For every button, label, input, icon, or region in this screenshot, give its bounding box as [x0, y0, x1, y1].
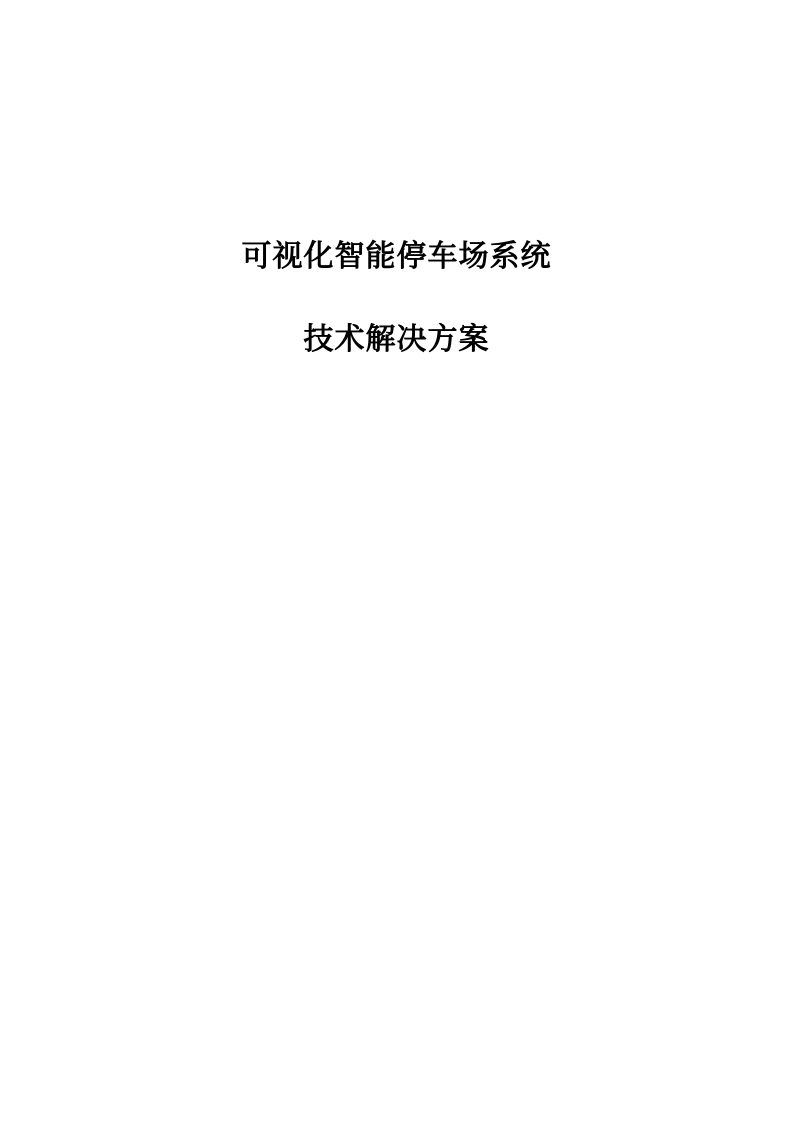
- document-cover-page: 可视化智能停车场系统 技术解决方案: [0, 0, 793, 1122]
- cover-title-line-2: 技术解决方案: [0, 322, 793, 358]
- cover-title-line-1: 可视化智能停车场系统: [0, 239, 793, 275]
